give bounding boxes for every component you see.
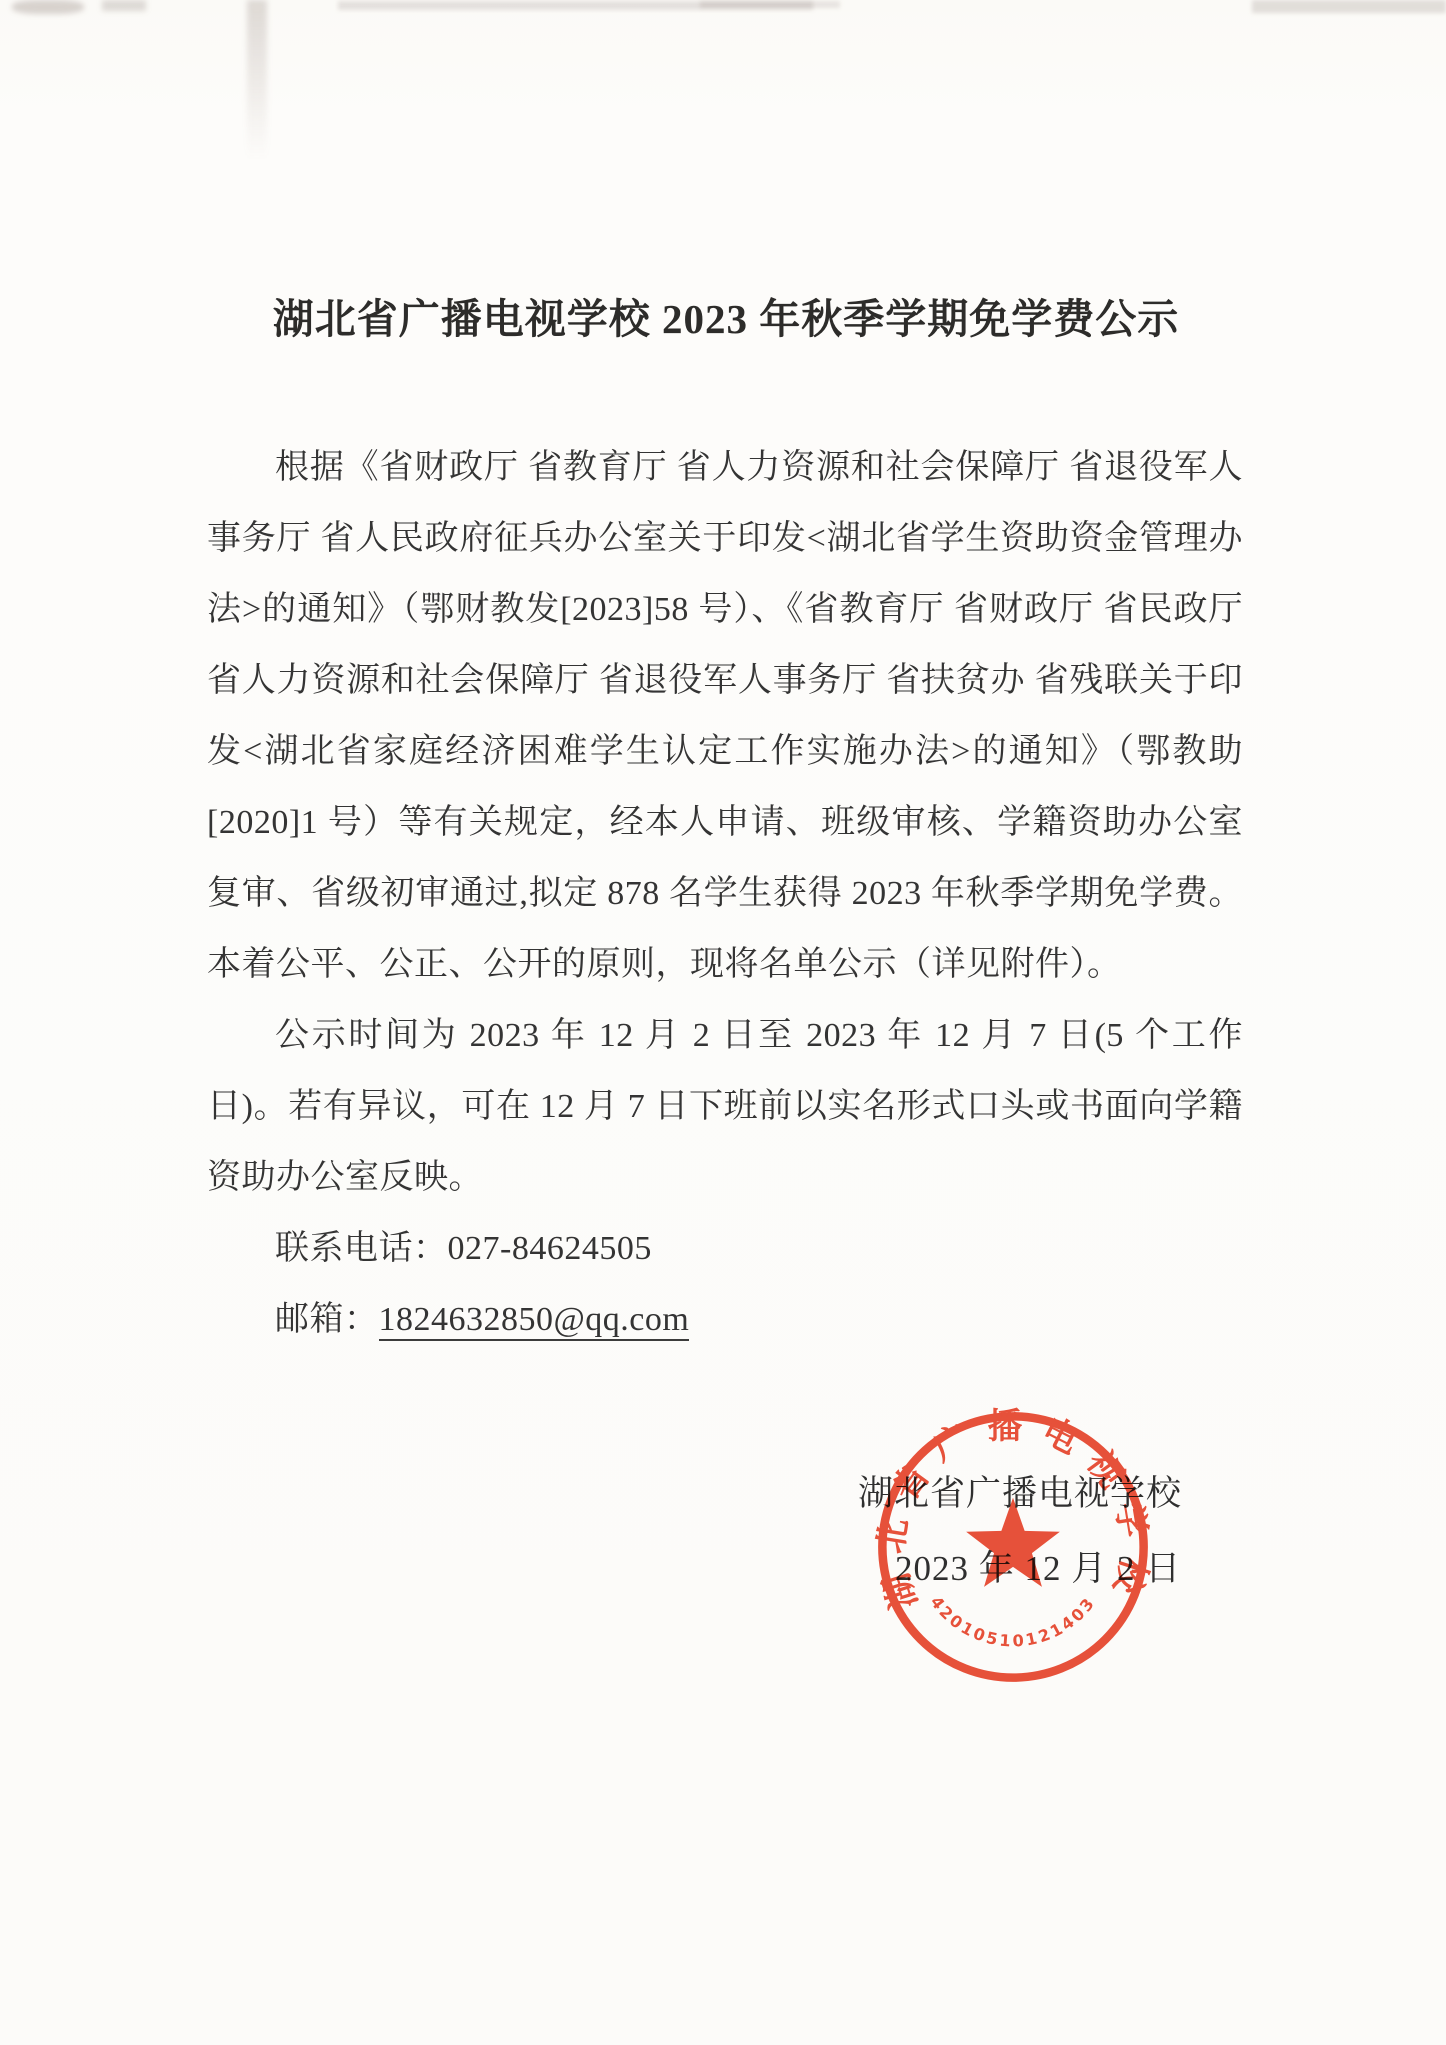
paragraph-publicity-period: 公示时间为 2023 年 12 月 2 日至 2023 年 12 月 7 日(5… [207,1000,1243,1213]
document-body: 根据《省财政厅 省教育厅 省人力资源和社会保障厅 省退役军人事务厅 省人民政府征… [207,432,1243,1355]
contact-phone-value: 027-84624505 [448,1230,652,1267]
official-seal-stamp: 湖北省广播电视学校 42010510121403 [871,1405,1155,1689]
scanned-document-page: 湖北省广播电视学校 2023 年秋季学期免学费公示 根据《省财政厅 省教育厅 省… [0,0,1446,2045]
scan-artifact [247,0,267,160]
scan-artifact [102,0,146,11]
paragraph-basis: 根据《省财政厅 省教育厅 省人力资源和社会保障厅 省退役军人事务厅 省人民政府征… [207,432,1243,1000]
contact-phone-label: 联系电话： [275,1230,448,1267]
seal-star-icon [966,1498,1060,1587]
contact-email-label: 邮箱： [275,1301,379,1338]
contact-phone-line: 联系电话：027-84624505 [207,1213,1243,1284]
scan-artifact [338,1,813,10]
contact-email-value: 1824632850@qq.com [379,1301,690,1341]
contact-email-line: 邮箱：1824632850@qq.com [207,1284,1243,1355]
seal-number-arc-text: 42010510121403 [927,1593,1100,1651]
scan-artifact [12,0,84,14]
svg-text:42010510121403: 42010510121403 [927,1593,1100,1651]
document-title: 湖北省广播电视学校 2023 年秋季学期免学费公示 [208,286,1244,345]
scan-artifact [1252,0,1446,13]
scan-artifact [700,1,840,8]
